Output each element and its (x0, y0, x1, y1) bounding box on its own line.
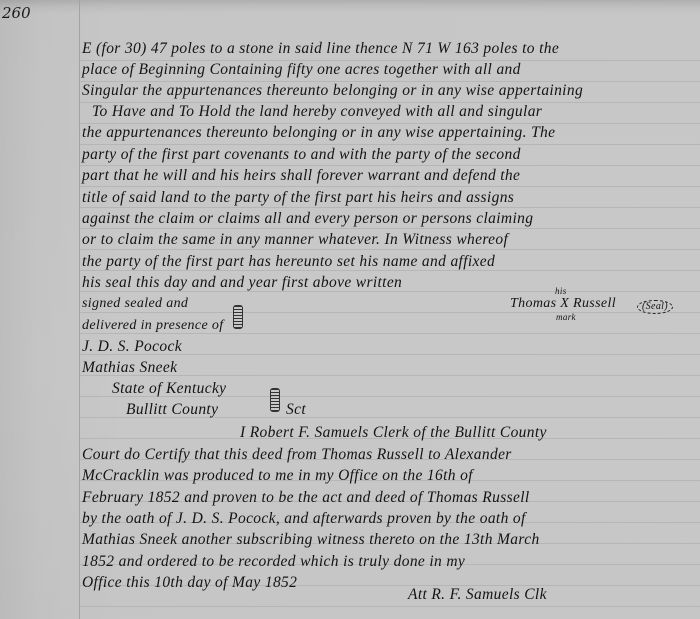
deed-line-5: the appurtenances thereunto belonging or… (82, 124, 555, 142)
witness-line-1: signed sealed and (82, 296, 188, 312)
deed-line-11: the party of the first part has hereunto… (82, 253, 495, 271)
signature-mark: mark (556, 312, 576, 322)
seal-mark: (Seal) (637, 300, 673, 314)
certificate-county: Bullitt County (126, 401, 218, 419)
certificate-line-2: Court do Certify that this deed from Tho… (82, 446, 512, 464)
signature-his: his (555, 286, 567, 296)
certificate-line-6: Mathias Sneek another subscribing witnes… (82, 531, 540, 549)
deed-line-8: title of said land to the party of the f… (82, 189, 514, 207)
witness-2: Mathias Sneek (82, 359, 177, 377)
witness-line-2: delivered in presence of (82, 318, 223, 334)
county-bracket-icon (270, 388, 280, 412)
certificate-state: State of Kentucky (112, 380, 226, 398)
seal: (Seal) (637, 296, 673, 314)
certificate-line-3: McCracklin was produced to me in my Offi… (82, 467, 473, 485)
deed-line-3: Singular the appurtenances thereunto bel… (82, 82, 583, 100)
certificate-sct: Sct (286, 401, 306, 419)
certificate-line-8: Office this 10th day of May 1852 (82, 574, 297, 592)
certificate-line-4: February 1852 and proven to be the act a… (82, 489, 530, 507)
left-margin-line (79, 0, 80, 619)
deed-line-12: his seal this day and and year first abo… (82, 274, 402, 292)
deed-line-10: or to claim the same in any manner whate… (82, 231, 508, 249)
deed-line-7: part that he will and his heirs shall fo… (82, 167, 520, 185)
deed-book-page: 260 E (for 30) 47 poles to a stone in sa… (0, 0, 700, 619)
page-number: 260 (2, 4, 31, 22)
certificate-line-1: I Robert F. Samuels Clerk of the Bullitt… (240, 424, 547, 442)
deed-line-9: against the claim or claims all and ever… (82, 210, 533, 228)
deed-line-1: E (for 30) 47 poles to a stone in said l… (82, 40, 559, 58)
witness-bracket-icon (233, 305, 243, 329)
certificate-line-7: 1852 and ordered to be recorded which is… (82, 553, 465, 571)
certificate-line-5: by the oath of J. D. S. Pocock, and afte… (82, 510, 526, 528)
deed-line-2: place of Beginning Containing fifty one … (82, 61, 521, 79)
signature-name: Thomas X Russell (510, 296, 616, 312)
certificate-attest: Att R. F. Samuels Clk (408, 586, 547, 604)
deed-line-4: To Have and To Hold the land hereby conv… (92, 103, 542, 121)
deed-line-6: party of the first part covenants to and… (82, 146, 521, 164)
witness-1: J. D. S. Pocock (82, 338, 182, 356)
